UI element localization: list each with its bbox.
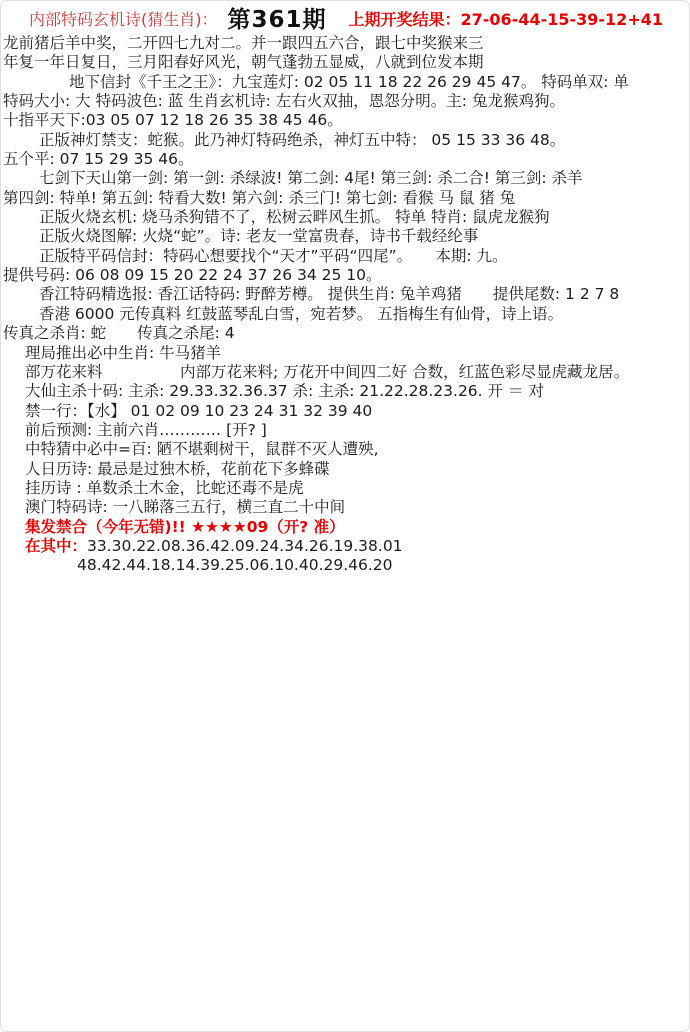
- ten-fingers-numbers-line: 十指平天下:03 05 07 12 18 26 35 38 45 46。: [1, 111, 689, 130]
- daxian-kill-codes-line: 大仙主杀十码: 主杀: 29.33.32.36.37 杀: 主杀: 21.22.…: [1, 382, 689, 401]
- jifa-highlight-line: 集发禁合（今年无错)!! ★★★★09（开? 准）: [1, 518, 689, 537]
- zodiac-poem-line-2: 年复一年日复日，三月阳春好风光，朝气蓬勃五显威，八就到位发本期: [1, 53, 689, 72]
- included-numbers-label: 在其中：: [25, 537, 87, 555]
- sheet-header: 内部特码玄机诗(猜生肖)：第361期上期开奖结果：27-06-44-15-39-…: [1, 1, 689, 33]
- ban-row-water-line: 禁一行：【水】 01 02 09 10 23 24 31 32 39 40: [1, 402, 689, 421]
- included-numbers-values-1: 33.30.22.08.36.42.09.24.34.26.19.38.01: [87, 537, 403, 555]
- tema-size-color-line: 特码大小: 大 特码波色: 蓝 生肖玄机诗: 左右火双抽，恩怨分明。主: 兔龙猴…: [1, 92, 689, 111]
- hk6000-fax-line: 香港 6000 元传真料 红鼓蓝琴乱白雪，宛若梦。 五指梅生有仙骨，诗上语。: [1, 305, 689, 324]
- issue-number: 第361期: [228, 7, 327, 33]
- seven-swords-line-1: 七剑下天山第一剑: 第一剑: 杀绿波! 第二剑: 4尾! 第三剑: 杀二合! 第…: [1, 169, 689, 188]
- fax-kill-zodiac-line: 传真之杀肖: 蛇 传真之杀尾: 4: [1, 324, 689, 343]
- five-ping-line: 五个平: 07 15 29 35 46。: [1, 150, 689, 169]
- forecast-line: 前后预测: 主前六肖………… [开? ]: [1, 421, 689, 440]
- underground-envelope-line: 地下信封《千王之王》：九宝莲灯: 02 05 11 18 22 26 29 45…: [1, 73, 689, 92]
- zhongte-guess-line: 中特猜中必中=百: 陋不堪剩树干，鼠群不灭人遭殃,: [1, 440, 689, 459]
- lottery-tip-sheet-page: 内部特码玄机诗(猜生肖)：第361期上期开奖结果：27-06-44-15-39-…: [0, 0, 690, 1032]
- fire-mystery-line: 正版火烧玄机: 烧马杀狗错不了，松树云畔风生抓。 特单 特肖: 鼠虎龙猴狗: [1, 208, 689, 227]
- included-numbers-line-2: 48.42.44.18.14.39.25.06.10.40.29.46.20: [1, 556, 689, 575]
- daily-calendar-poem-line: 人日历诗: 最忌是过独木桥，花前花下多蜂碟: [1, 460, 689, 479]
- seven-swords-line-2: 第四剑: 特单! 第五剑: 特看大数! 第六剑: 杀三门! 第七剑: 看猴 马 …: [1, 189, 689, 208]
- wanhua-material-line: 部万花来料 内部万花来料; 万花开中间四二好 合数，红蓝色彩尽显虎藏龙居。: [1, 363, 689, 382]
- previous-draw-result: 上期开奖结果：27-06-44-15-39-12+41: [349, 10, 663, 29]
- teping-envelope-line: 正版特平码信封：特码心想要找个“天才”平码“四尾”。 本期: 九。: [1, 247, 689, 266]
- liju-must-hit-line: 理局推出必中生肖: 牛马猪羊: [1, 344, 689, 363]
- provided-numbers-line: 提供号码: 06 08 09 15 20 22 24 37 26 34 25 1…: [1, 266, 689, 285]
- xiangjiang-tema-line: 香江特码精选报: 香江话特码: 野醉芳樽。 提供生肖: 兔羊鸡猪 提供尾数: 1…: [1, 285, 689, 304]
- sheet-title: 内部特码玄机诗(猜生肖)：: [29, 10, 218, 29]
- wall-calendar-poem-line: 挂历诗 : 单数杀土木金，比蛇还毒不是虎: [1, 479, 689, 498]
- magic-lamp-line: 正版神灯禁支：蛇猴。此乃神灯特码绝杀，神灯五中特： 05 15 33 36 48…: [1, 131, 689, 150]
- macau-tema-poem-line: 澳门特码诗: 一八睇落三五行，横三直二十中间: [1, 498, 689, 517]
- fire-diagram-line: 正版火烧图解: 火烧“蛇”。诗: 老友一堂富贵春，诗书千载经纶事: [1, 227, 689, 246]
- zodiac-poem-line-1: 龙前猪后羊中奖，二开四七九对二。并一跟四五六合，跟七中奖猴来三: [1, 34, 689, 53]
- included-numbers-line-1: 在其中：33.30.22.08.36.42.09.24.34.26.19.38.…: [1, 537, 689, 556]
- sheet-body: 龙前猪后羊中奖，二开四七九对二。并一跟四五六合，跟七中奖猴来三 年复一年日复日，…: [1, 34, 689, 576]
